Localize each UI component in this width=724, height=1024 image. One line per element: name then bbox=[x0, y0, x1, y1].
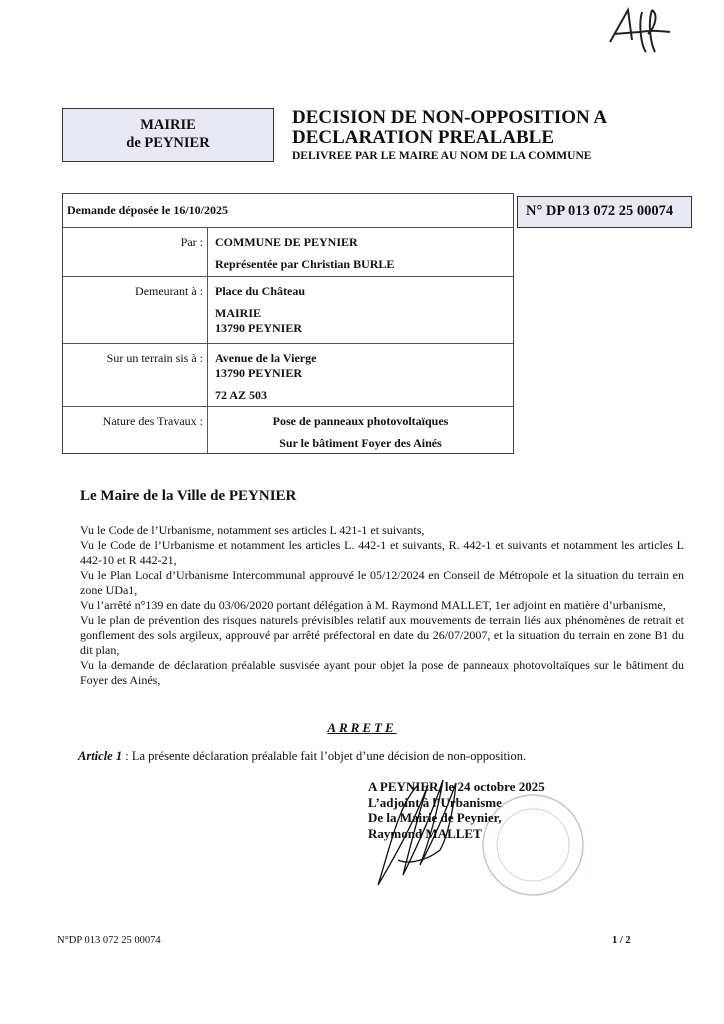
dossier-number-box: N° DP 013 072 25 00074 bbox=[517, 196, 692, 228]
handwritten-signature bbox=[358, 765, 498, 895]
arrete-heading: ARRETE bbox=[0, 720, 724, 736]
deposit-date: Demande déposée le 16/10/2025 bbox=[67, 203, 228, 227]
row-label: Sur un terrain sis à : bbox=[63, 344, 208, 406]
works-description: Sur le bâtiment Foyer des Ainés bbox=[208, 436, 513, 451]
article-1: Article 1 : La présente déclaration préa… bbox=[78, 749, 526, 764]
row-label: Nature des Travaux : bbox=[63, 407, 208, 453]
applicant-representative: Représentée par Christian BURLE bbox=[215, 257, 513, 272]
dossier-number: N° DP 013 072 25 00074 bbox=[526, 203, 673, 219]
table-row-works: Nature des Travaux : Pose de panneaux ph… bbox=[63, 406, 513, 453]
applicant-name: COMMUNE DE PEYNIER bbox=[215, 235, 513, 250]
considerant: Vu le Plan Local d’Urbanisme Intercommun… bbox=[80, 568, 684, 598]
considerant: Vu le Code de l’Urbanisme, notamment ses… bbox=[80, 523, 684, 538]
works-description: Pose de panneaux photovoltaïques bbox=[208, 414, 513, 429]
table-row-land: Sur un terrain sis à : Avenue de la Vier… bbox=[63, 343, 513, 406]
row-label: Demeurant à : bbox=[63, 277, 208, 343]
document-title-line1: DECISION DE NON-OPPOSITION A bbox=[292, 108, 692, 128]
address-line: Place du Château bbox=[215, 284, 513, 299]
deposit-date-row: Demande déposée le 16/10/2025 bbox=[63, 194, 513, 227]
mairie-label: MAIRIE bbox=[63, 116, 273, 134]
table-row-address: Demeurant à : Place du Château MAIRIE 13… bbox=[63, 276, 513, 343]
mairie-box: MAIRIE de PEYNIER bbox=[62, 108, 274, 162]
document-title-block: DECISION DE NON-OPPOSITION A DECLARATION… bbox=[292, 108, 692, 164]
considerants: Vu le Code de l’Urbanisme, notamment ses… bbox=[80, 523, 684, 688]
article-1-label: Article 1 bbox=[78, 749, 122, 763]
article-1-text: : La présente déclaration préalable fait… bbox=[122, 749, 526, 763]
considerant: Vu l’arrêté n°139 en date du 03/06/2020 … bbox=[80, 598, 684, 613]
considerant: Vu le Code de l’Urbanisme et notamment l… bbox=[80, 538, 684, 568]
row-label: Par : bbox=[63, 228, 208, 276]
page-number: 1 / 2 bbox=[612, 935, 631, 946]
document-title-line2: DECLARATION PREALABLE bbox=[292, 128, 692, 148]
address-line: MAIRIE bbox=[215, 306, 513, 321]
considerant: Vu la demande de déclaration préalable s… bbox=[80, 658, 684, 688]
considerant: Vu le plan de prévention des risques nat… bbox=[80, 613, 684, 658]
table-row-applicant: Par : COMMUNE DE PEYNIER Représentée par… bbox=[63, 227, 513, 276]
maire-heading: Le Maire de la Ville de PEYNIER bbox=[80, 488, 296, 505]
land-address-line: Avenue de la Vierge bbox=[215, 351, 513, 366]
cadastral-reference: 72 AZ 503 bbox=[215, 388, 513, 403]
land-address-line: 13790 PEYNIER bbox=[215, 366, 513, 381]
demande-table: Demande déposée le 16/10/2025 Par : COMM… bbox=[62, 193, 514, 454]
handwritten-initials bbox=[600, 2, 690, 60]
document-subtitle: DELIVREE PAR LE MAIRE AU NOM DE LA COMMU… bbox=[292, 148, 692, 164]
commune-label: de PEYNIER bbox=[63, 134, 273, 152]
footer-reference: N°DP 013 072 25 00074 bbox=[57, 935, 161, 946]
address-line: 13790 PEYNIER bbox=[215, 321, 513, 336]
